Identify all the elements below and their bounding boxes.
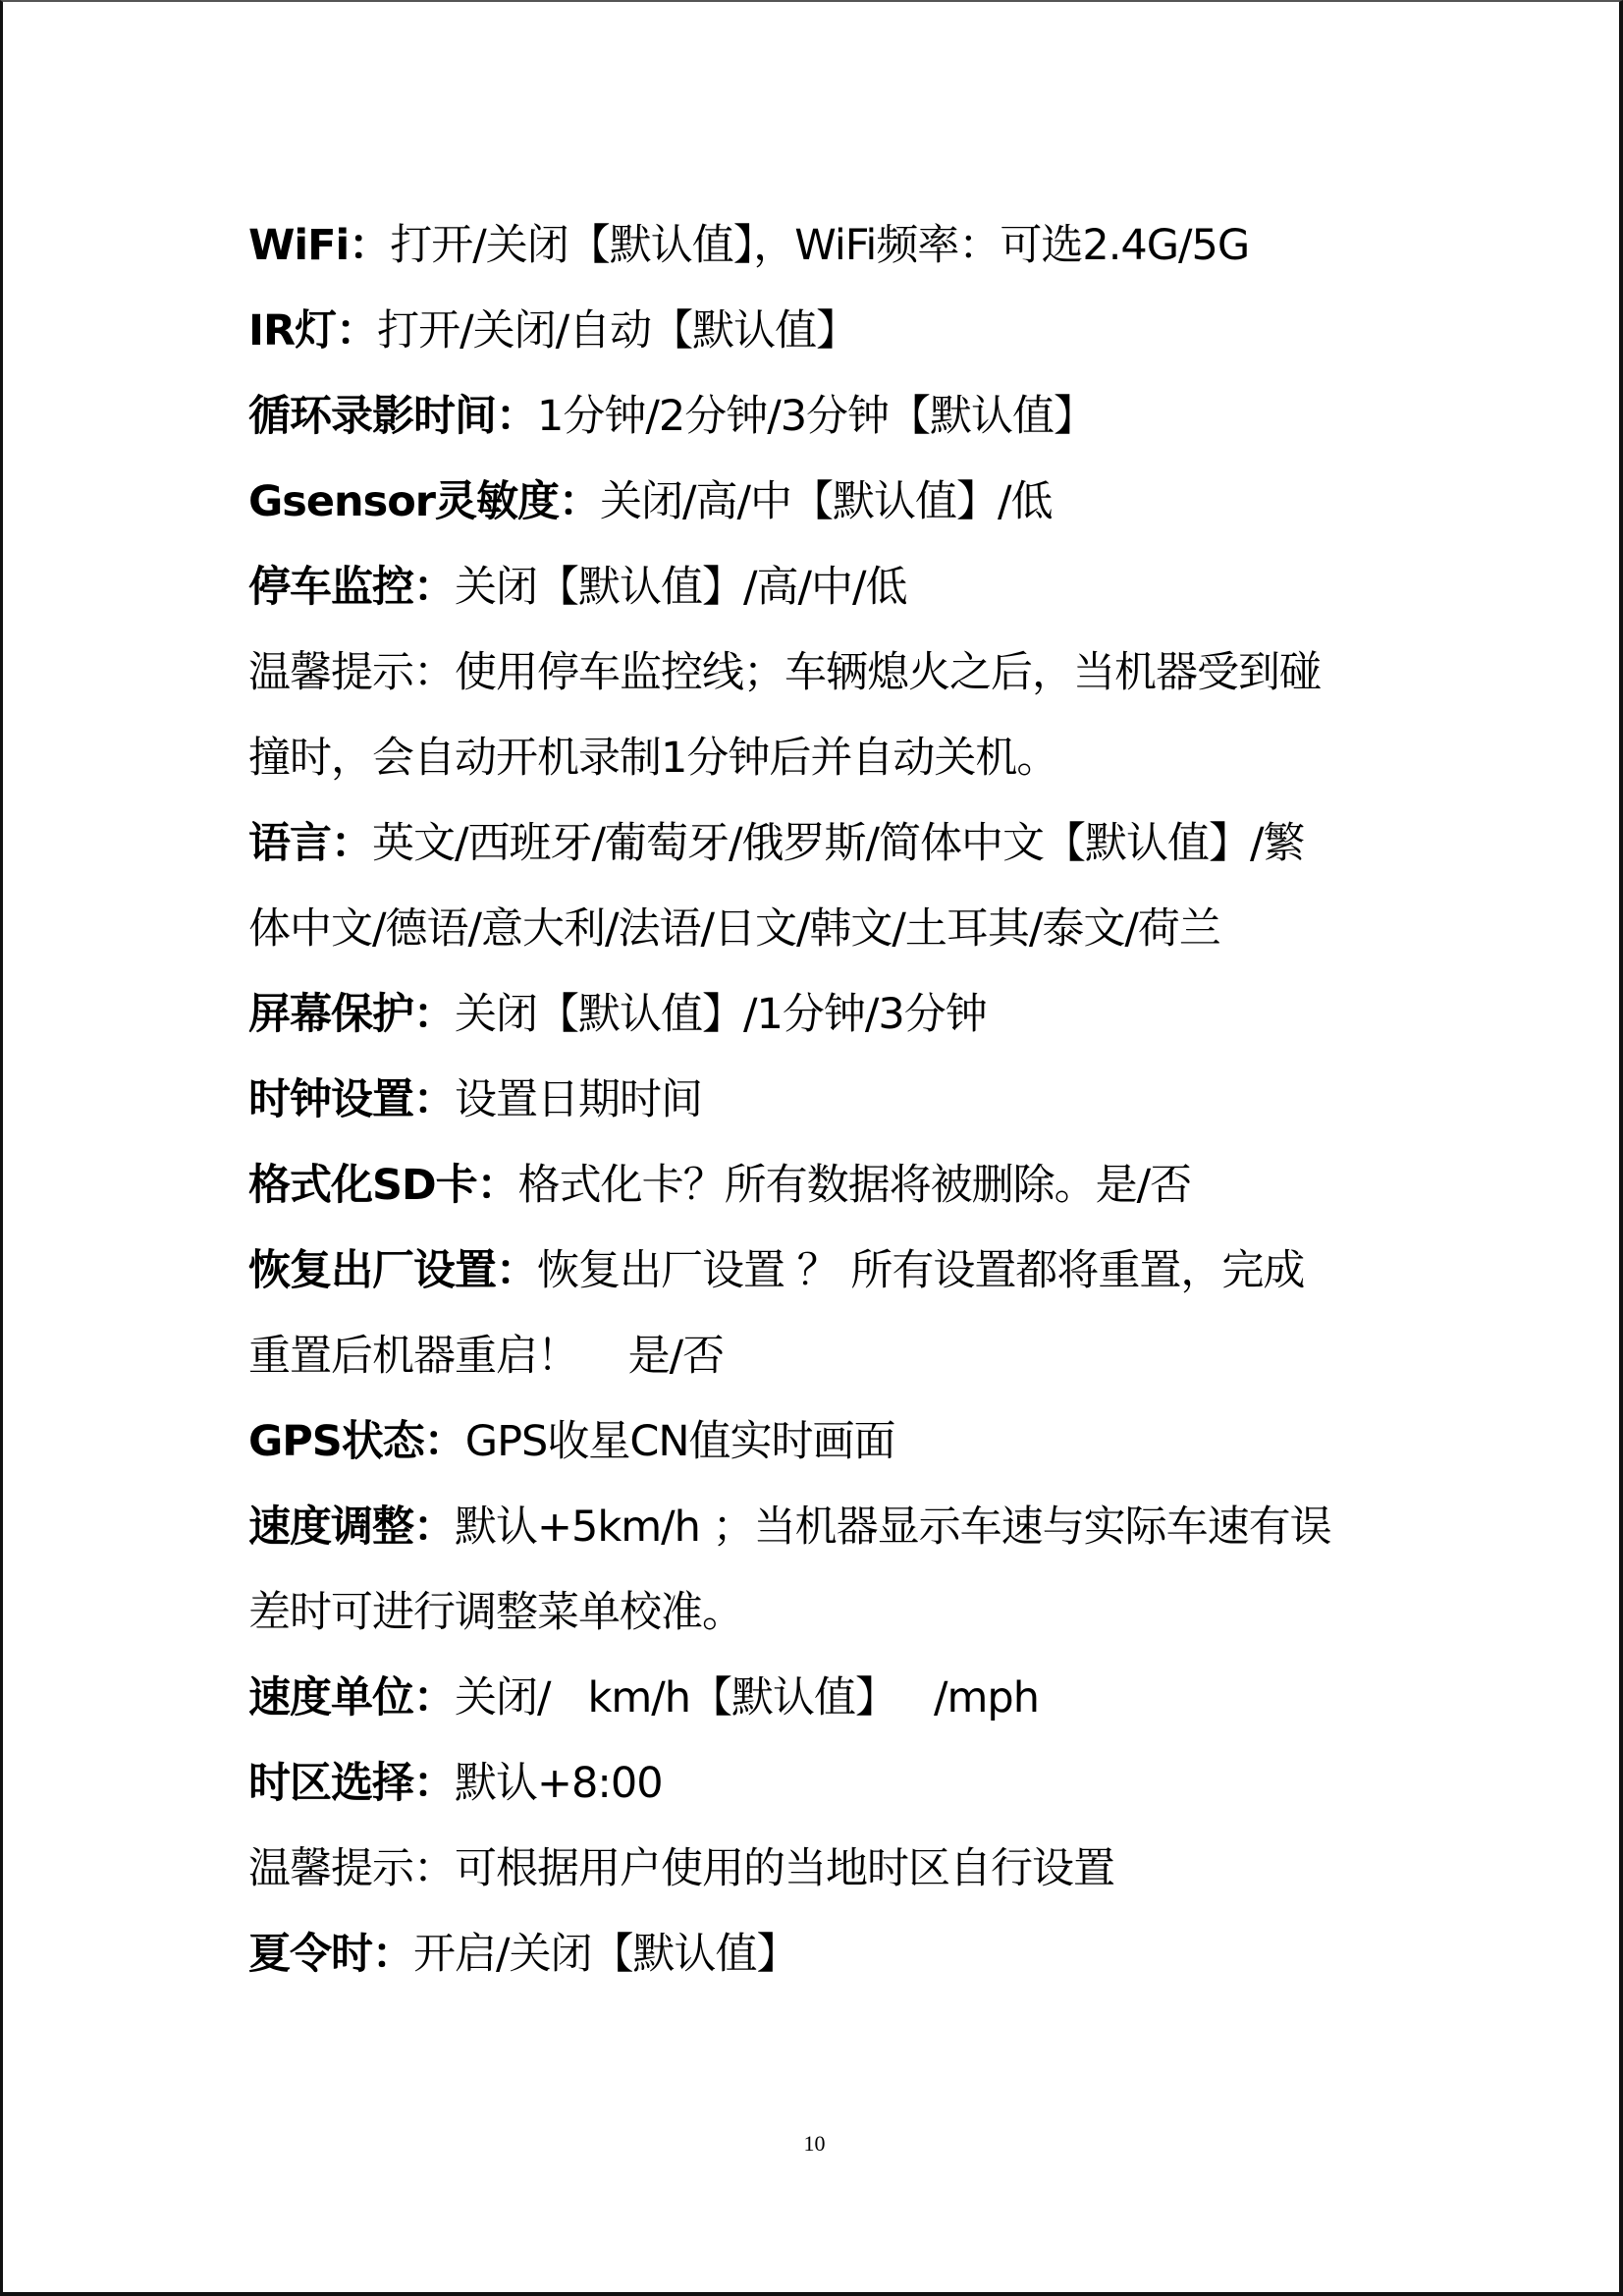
setting-line-gps-status: GPS状态：GPS收星CN值实时画面 <box>248 1399 1387 1485</box>
setting-label: 停车监控： <box>248 563 455 612</box>
tip-text: 温馨提示：使用停车监控线；车辆熄火之后，当机器受到碰 <box>248 648 1321 697</box>
setting-label: 速度单位： <box>248 1673 455 1722</box>
setting-value: 关闭【默认值】/高/中/低 <box>455 563 906 612</box>
setting-label: 循环录影时间： <box>248 392 537 441</box>
setting-label: GPS状态： <box>248 1417 465 1466</box>
setting-value: 默认+8:00 <box>455 1759 663 1808</box>
setting-line-dst: 夏令时：开启/关闭【默认值】 <box>248 1912 1387 1997</box>
setting-line-format-sd: 格式化SD卡：格式化卡？所有数据将被删除。是/否 <box>248 1143 1387 1229</box>
setting-label: WiFi： <box>248 221 390 270</box>
setting-value: 英文/西班牙/葡萄牙/俄罗斯/简体中文【默认值】/繁 <box>372 819 1304 868</box>
setting-label: 夏令时： <box>248 1930 413 1979</box>
setting-label: 时区选择： <box>248 1759 455 1808</box>
setting-value: 打开/关闭/自动【默认值】 <box>377 306 857 355</box>
setting-line-factory-reset-cont: 重置后机器重启！ 是/否 <box>248 1314 1387 1399</box>
setting-line-language-cont: 体中文/德语/意大利/法语/日文/韩文/土耳其/泰文/荷兰 <box>248 887 1387 972</box>
document-page: WiFi：打开/关闭【默认值】，WiFi频率：可选2.4G/5G IR灯：打开/… <box>0 0 1623 2296</box>
setting-line-clock: 时钟设置：设置日期时间 <box>248 1058 1387 1143</box>
setting-value: 差时可进行调整菜单校准。 <box>248 1588 743 1637</box>
setting-line-screensaver: 屏幕保护：关闭【默认值】/1分钟/3分钟 <box>248 972 1387 1058</box>
setting-value: 重置后机器重启！ 是/否 <box>248 1332 724 1381</box>
setting-line-factory-reset: 恢复出厂设置：恢复出厂设置 ？ 所有设置都将重置，完成 <box>248 1229 1387 1314</box>
setting-value: 体中文/德语/意大利/法语/日文/韩文/土耳其/泰文/荷兰 <box>248 904 1220 954</box>
setting-line-parking-monitor: 停车监控：关闭【默认值】/高/中/低 <box>248 545 1387 630</box>
tip-line-parking-1: 温馨提示：使用停车监控线；车辆熄火之后，当机器受到碰 <box>248 630 1387 716</box>
setting-line-speed-adjust: 速度调整：默认+5km/h ；当机器显示车速与实际车速有误 <box>248 1485 1387 1570</box>
setting-value: 格式化卡？所有数据将被删除。是/否 <box>518 1161 1192 1210</box>
setting-label: 恢复出厂设置： <box>248 1246 537 1295</box>
setting-line-ir-light: IR灯：打开/关闭/自动【默认值】 <box>248 289 1387 374</box>
setting-value: 默认+5km/h ；当机器显示车速与实际车速有误 <box>455 1503 1331 1552</box>
setting-value: 打开/关闭【默认值】，WiFi频率：可选2.4G/5G <box>390 221 1249 270</box>
tip-line-timezone: 温馨提示：可根据用户使用的当地时区自行设置 <box>248 1827 1387 1912</box>
setting-label: 速度调整： <box>248 1503 455 1552</box>
setting-value: 恢复出厂设置 ？ 所有设置都将重置，完成 <box>537 1246 1304 1295</box>
setting-line-gsensor: Gsensor灵敏度：关闭/高/中【默认值】/低 <box>248 460 1387 545</box>
tip-text: 撞时，会自动开机录制1分钟后并自动关机。 <box>248 734 1057 783</box>
setting-value: 1分钟/2分钟/3分钟【默认值】 <box>537 392 1095 441</box>
setting-label: 屏幕保护： <box>248 990 455 1039</box>
setting-value: 关闭【默认值】/1分钟/3分钟 <box>455 990 987 1039</box>
settings-list: WiFi：打开/关闭【默认值】，WiFi频率：可选2.4G/5G IR灯：打开/… <box>248 203 1387 1997</box>
setting-line-speed-unit: 速度单位：关闭/ km/h【默认值】 /mph <box>248 1656 1387 1741</box>
setting-value: 设置日期时间 <box>455 1075 702 1124</box>
setting-label: IR灯： <box>248 306 377 355</box>
setting-line-speed-adjust-cont: 差时可进行调整菜单校准。 <box>248 1570 1387 1656</box>
setting-label: 语言： <box>248 819 372 868</box>
setting-value: 关闭/ km/h【默认值】 /mph <box>455 1673 1039 1722</box>
setting-line-timezone: 时区选择：默认+8:00 <box>248 1741 1387 1827</box>
setting-line-wifi: WiFi：打开/关闭【默认值】，WiFi频率：可选2.4G/5G <box>248 203 1387 289</box>
setting-value: GPS收星CN值实时画面 <box>465 1417 895 1466</box>
page-number: 10 <box>3 2131 1623 2157</box>
setting-value: 开启/关闭【默认值】 <box>413 1930 798 1979</box>
tip-text: 温馨提示：可根据用户使用的当地时区自行设置 <box>248 1844 1114 1893</box>
setting-label: Gsensor灵敏度： <box>248 477 600 526</box>
tip-line-parking-2: 撞时，会自动开机录制1分钟后并自动关机。 <box>248 716 1387 801</box>
setting-value: 关闭/高/中【默认值】/低 <box>600 477 1052 526</box>
setting-line-language: 语言：英文/西班牙/葡萄牙/俄罗斯/简体中文【默认值】/繁 <box>248 801 1387 887</box>
setting-label: 格式化SD卡： <box>248 1161 518 1210</box>
setting-label: 时钟设置： <box>248 1075 455 1124</box>
setting-line-loop-recording: 循环录影时间：1分钟/2分钟/3分钟【默认值】 <box>248 374 1387 460</box>
